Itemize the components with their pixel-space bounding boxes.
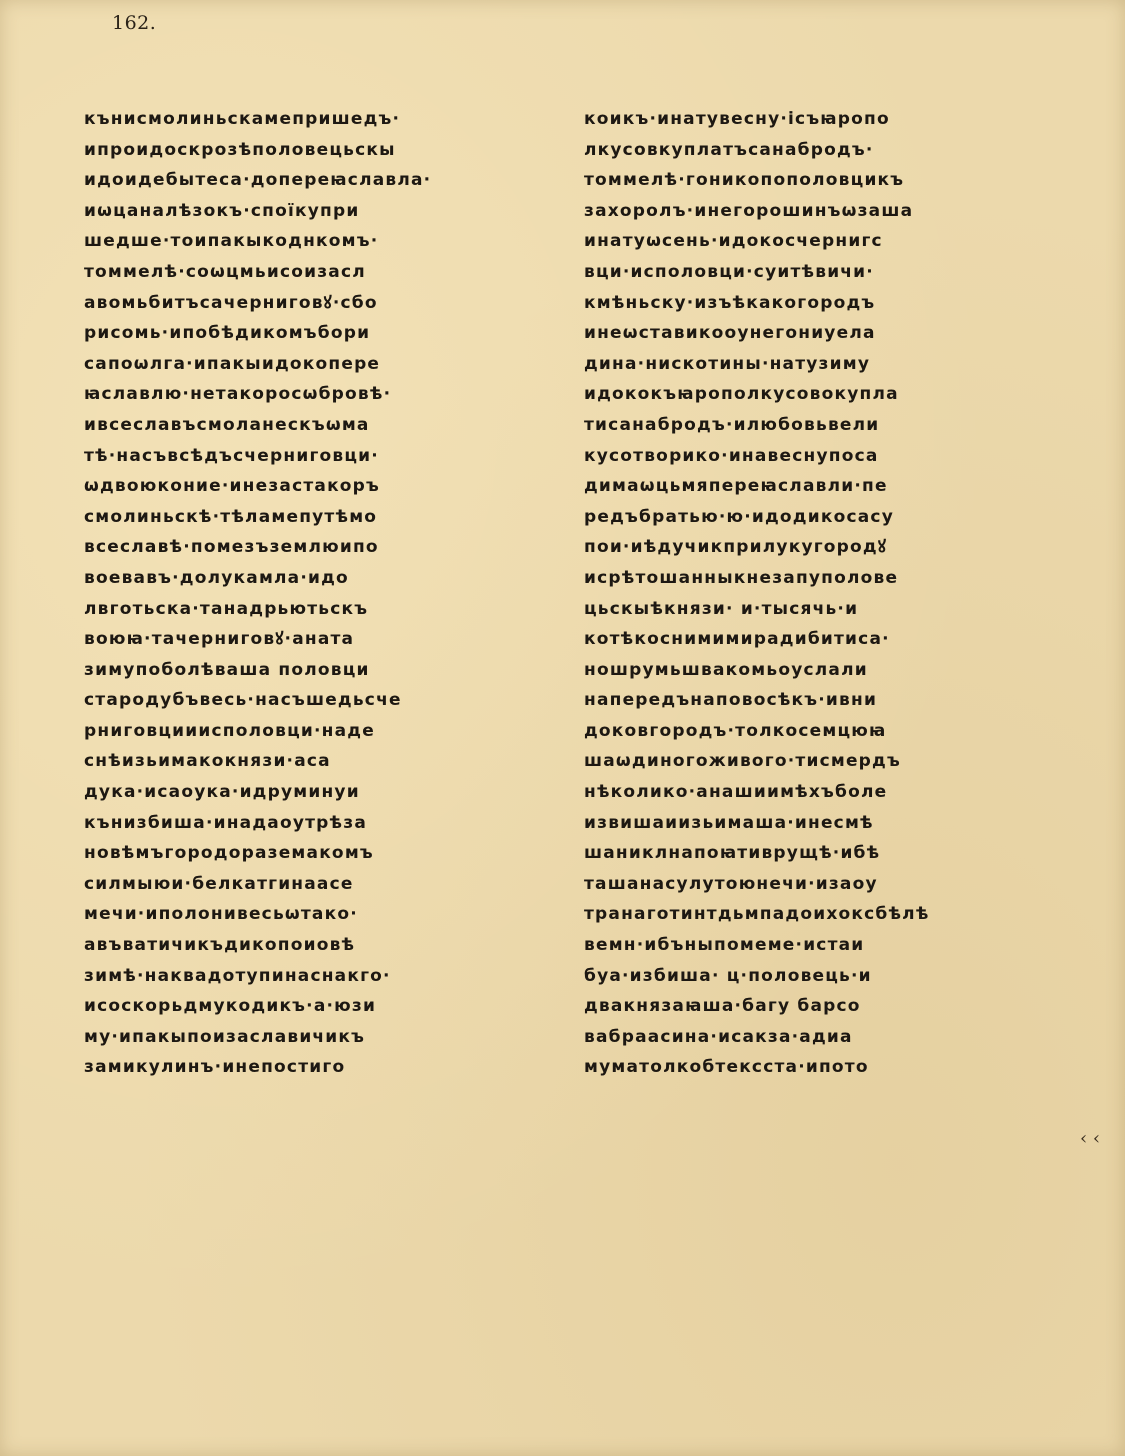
manuscript-line: буа·избиша· ц·половець·и xyxy=(584,961,1064,992)
manuscript-line: авъватичикъдикопоиовѣ xyxy=(84,930,554,961)
manuscript-line: дина·нискотины·натузиму xyxy=(584,349,1064,380)
manuscript-line: ивсеславъсмоланескъѡма xyxy=(84,410,554,441)
manuscript-line: шедше·тоипакыкоднкомъ· xyxy=(84,226,554,257)
manuscript-line: шаниклнапоꙗтиврущѣ·ибѣ xyxy=(584,838,1064,869)
manuscript-line: замикулинъ·инепостиго xyxy=(84,1052,554,1083)
manuscript-line: кънисмолиньскамепришедъ· xyxy=(84,104,554,135)
manuscript-line: зимупоболѣваша половци xyxy=(84,655,554,686)
left-text-column: кънисмолиньскамепришедъ·ипроидоскрозѣпол… xyxy=(84,104,554,1083)
manuscript-line: всеславѣ·помезъземлюипо xyxy=(84,532,554,563)
manuscript-line: захоролъ·инегорошинъѡзаша xyxy=(584,196,1064,227)
manuscript-line: редъбратью·ю·идодикосасу xyxy=(584,502,1064,533)
manuscript-line: кусотворико·инавеснупоса xyxy=(584,441,1064,472)
manuscript-line: котѣкоснимимирадибитиса· xyxy=(584,624,1064,655)
manuscript-line: муматолкобтексста·ипото xyxy=(584,1052,1064,1083)
page-number: 162. xyxy=(112,12,156,34)
manuscript-line: томмелѣ·гоникопополовцикъ xyxy=(584,165,1064,196)
manuscript-line: кмѣньску·изъѣкакогородъ xyxy=(584,288,1064,319)
manuscript-line: цьскыѣкнязи· и·тысячь·и xyxy=(584,594,1064,625)
manuscript-line: воевавъ·долукамла·идо xyxy=(84,563,554,594)
manuscript-line: вци·исполовци·суитѣвичи· xyxy=(584,257,1064,288)
manuscript-line: мечи·иполонивесьѡтако· xyxy=(84,899,554,930)
manuscript-line: рисомь·ипобѣдикомъбори xyxy=(84,318,554,349)
manuscript-line: зимѣ·наквадотупинаснакго· xyxy=(84,961,554,992)
manuscript-line: инеѡставикооунегониуела xyxy=(584,318,1064,349)
manuscript-line: авомьбитъсачерниговꙋ·сбо xyxy=(84,288,554,319)
manuscript-line: идоидебытеса·допереꙗславла· xyxy=(84,165,554,196)
manuscript-line: извишаиизьимаша·инесмѣ xyxy=(584,808,1064,839)
manuscript-line: лвготьска·танадрьютьскъ xyxy=(84,594,554,625)
manuscript-line: доковгородъ·толкосемцюꙗ xyxy=(584,716,1064,747)
manuscript-line: лкусовкуплатъсанабродъ· xyxy=(584,135,1064,166)
manuscript-line: рниговцииисполовци·наде xyxy=(84,716,554,747)
manuscript-line: вемн·ибъныпомеме·истаи xyxy=(584,930,1064,961)
manuscript-line: вабраасина·исакза·адиа xyxy=(584,1022,1064,1053)
manuscript-line: ипроидоскрозѣполовецьскы xyxy=(84,135,554,166)
manuscript-line: двакнязаꙗша·багу барсо xyxy=(584,991,1064,1022)
manuscript-line: тисанабродъ·илюбовьвели xyxy=(584,410,1064,441)
manuscript-line: снѣизьимакокнязи·аса xyxy=(84,746,554,777)
manuscript-line: инатуѡсень·идокосчернигс xyxy=(584,226,1064,257)
manuscript-line: новѣмъгородораземакомъ xyxy=(84,838,554,869)
manuscript-line: томмелѣ·соѡцмьисоизасл xyxy=(84,257,554,288)
manuscript-line: ношрумьшвакомьоуслали xyxy=(584,655,1064,686)
manuscript-line: исрѣтошанныкнезапуполове xyxy=(584,563,1064,594)
manuscript-line: коикъ·инатувесну·ісъꙗропо xyxy=(584,104,1064,135)
manuscript-line: смолиньскѣ·тѣламепутѣмо xyxy=(84,502,554,533)
manuscript-line: пои·иѣдучикприлукугородꙋ xyxy=(584,532,1064,563)
manuscript-line: ташанасулутоюнечи·изаоу xyxy=(584,869,1064,900)
manuscript-line: исоскорьдмукодикъ·а·юзи xyxy=(84,991,554,1022)
manuscript-line: шаѡдиногоживого·тисмердъ xyxy=(584,746,1064,777)
manuscript-line: нѣколико·анашиимѣхъболе xyxy=(584,777,1064,808)
manuscript-line: воюꙗ·тачерниговꙋ·аната xyxy=(84,624,554,655)
manuscript-line: сапоѡлга·ипакыидокопере xyxy=(84,349,554,380)
manuscript-line: ꙗславлю·нетакоросѡбровѣ· xyxy=(84,379,554,410)
manuscript-line: транаготинтдьмпадоихоксбѣлѣ xyxy=(584,899,1064,930)
manuscript-line: ѡдвоюконие·инезастакоръ xyxy=(84,471,554,502)
manuscript-line: дука·исаоука·идруминуи xyxy=(84,777,554,808)
manuscript-line: димаѡцьмяпереꙗславли·пе xyxy=(584,471,1064,502)
right-text-column: коикъ·инатувесну·ісъꙗрополкусовкуплатъса… xyxy=(584,104,1064,1083)
manuscript-line: кънизбиша·инадаоутрѣза xyxy=(84,808,554,839)
manuscript-line: идококъꙗрополкусовокупла xyxy=(584,379,1064,410)
margin-mark: ‹ ‹ xyxy=(1080,1128,1100,1149)
manuscript-line: напередънаповосѣкъ·ивни xyxy=(584,685,1064,716)
manuscript-line: силмыюи·белкатгинаасе xyxy=(84,869,554,900)
manuscript-line: тѣ·насъвсѣдъсчерниговци· xyxy=(84,441,554,472)
manuscript-line: му·ипакыпоизаславичикъ xyxy=(84,1022,554,1053)
manuscript-line: стародубъвесь·насъшедьсче xyxy=(84,685,554,716)
manuscript-line: иѡцаналѣзокъ·споїкупри xyxy=(84,196,554,227)
